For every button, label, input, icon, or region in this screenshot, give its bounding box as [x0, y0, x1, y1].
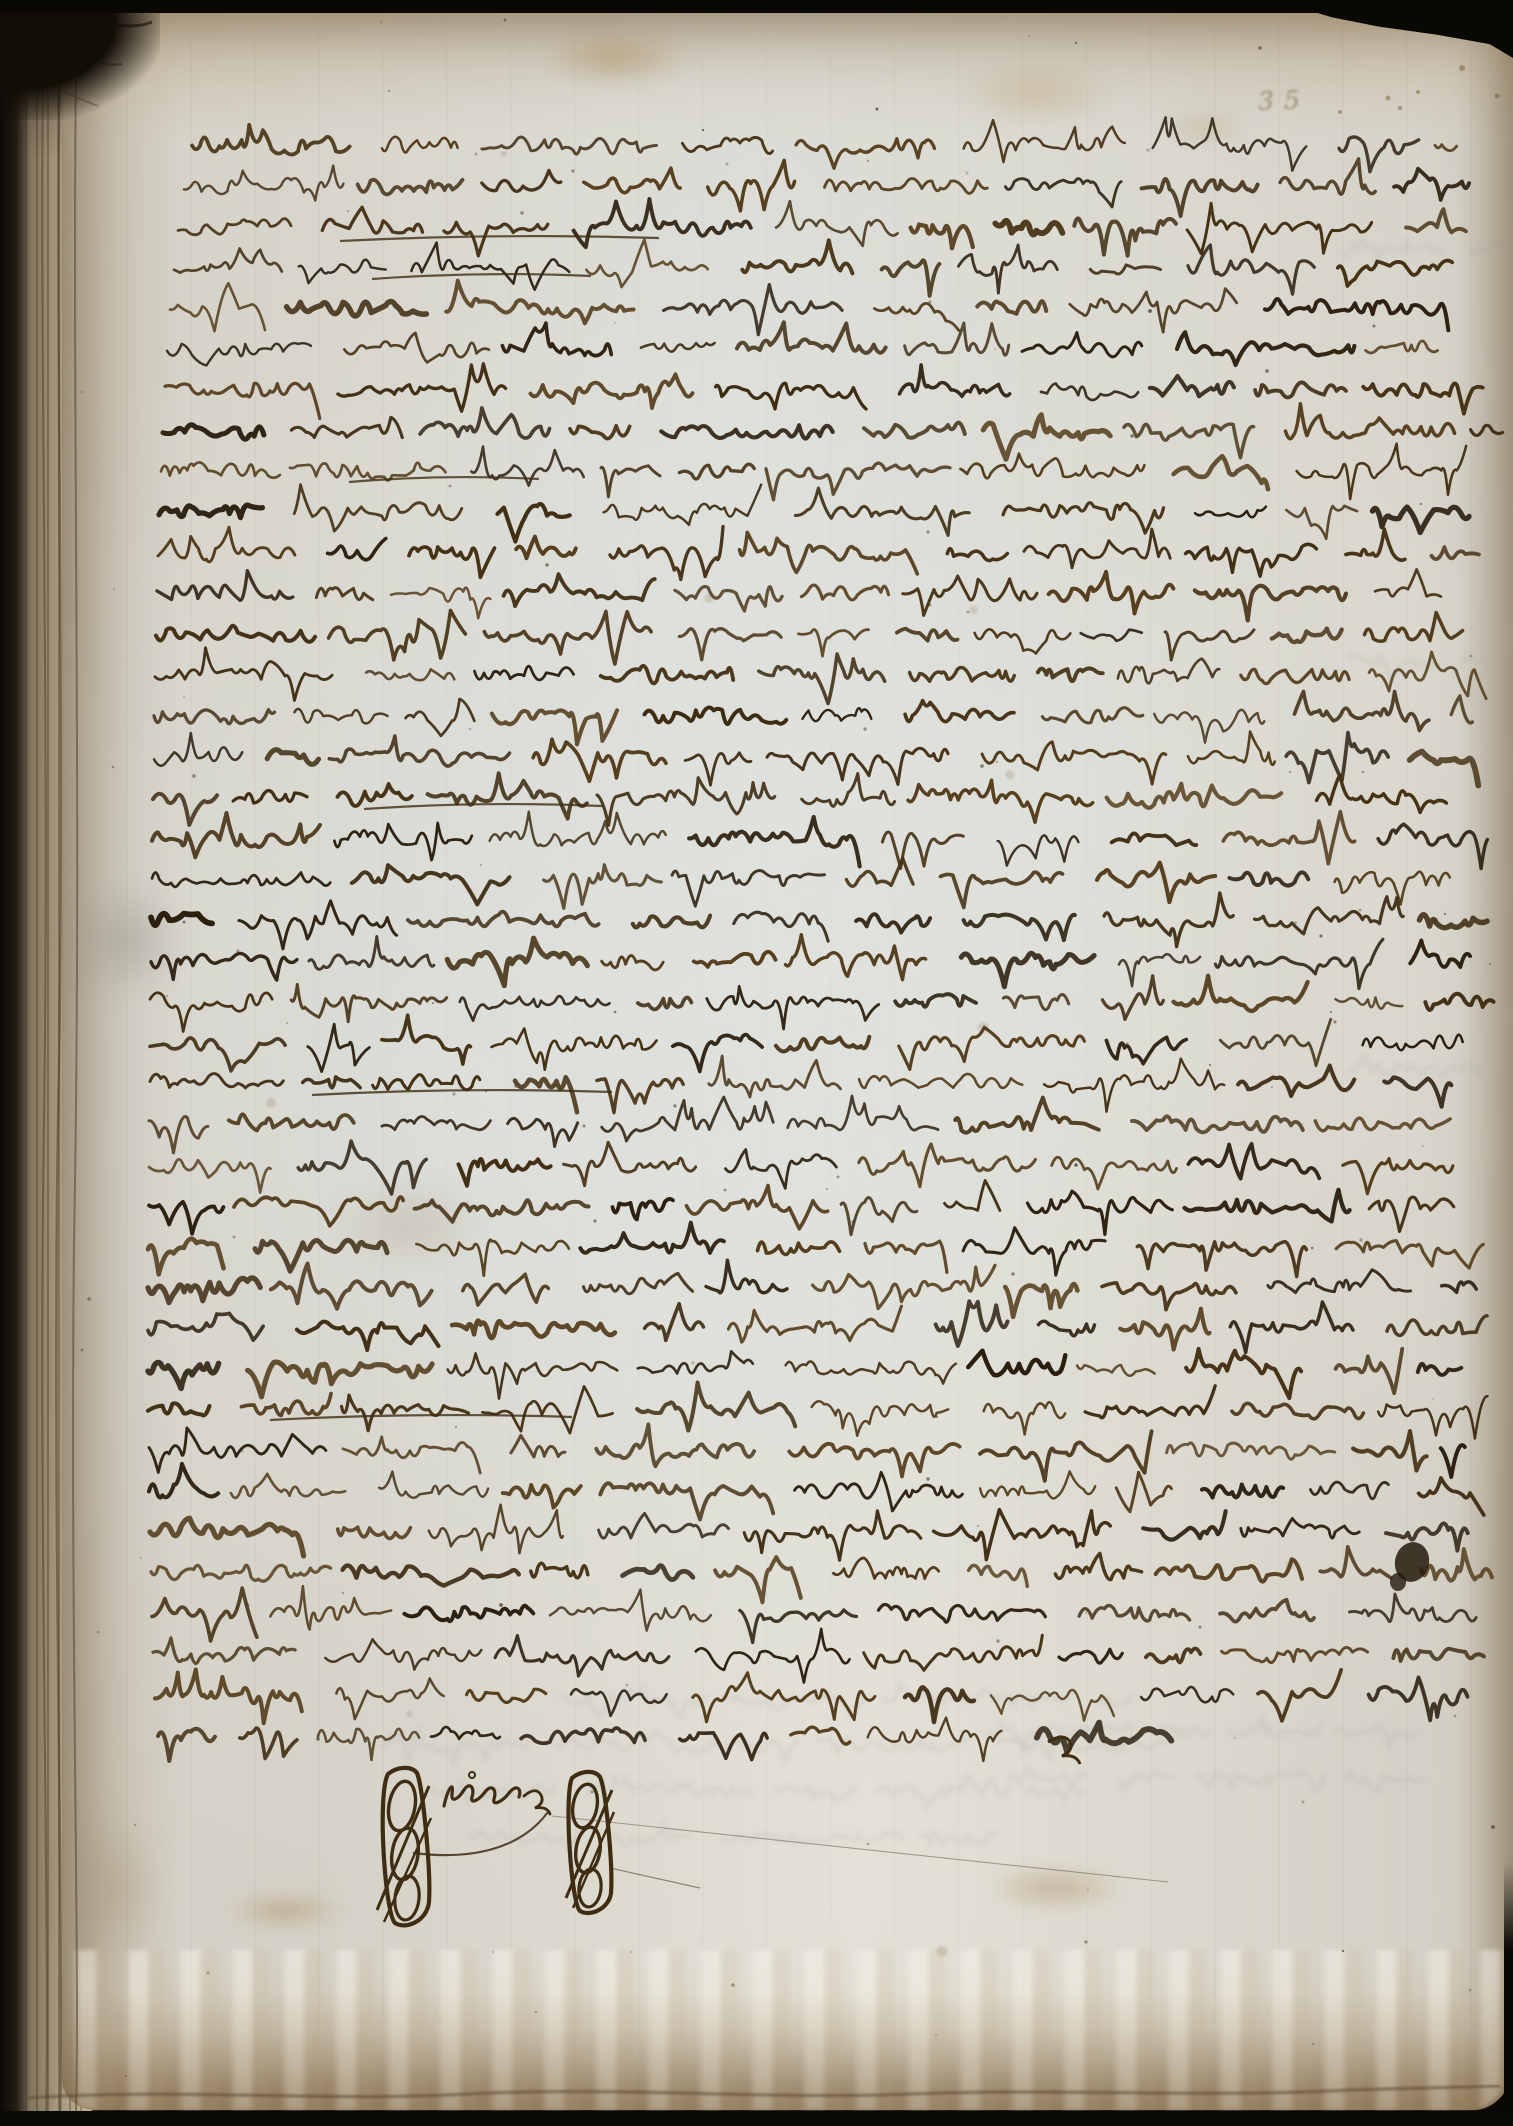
speckle: [1444, 913, 1446, 915]
manuscript-line: [163, 404, 1503, 459]
manuscript-line: [153, 1629, 1484, 1683]
speckle: [1489, 963, 1491, 965]
speckle: [1359, 1238, 1362, 1241]
ink-showthrough: [878, 1776, 1009, 1808]
speckle: [455, 1426, 457, 1428]
speckle: [935, 2034, 937, 2036]
ink-showthrough: [922, 1832, 997, 1843]
speckle: [1234, 1737, 1236, 1739]
speckle: [977, 1525, 979, 1527]
manuscript-line: [161, 444, 1466, 500]
speckle: [1302, 1801, 1305, 1804]
speckle: [965, 171, 968, 174]
manuscript-line: [159, 485, 1469, 542]
manuscript-line: [148, 1223, 1483, 1277]
ink-showthrough: [1119, 1772, 1173, 1788]
ink-showthrough: [776, 1787, 856, 1801]
foxing-spot: [501, 151, 507, 157]
manuscript-line: [151, 935, 1470, 989]
speckle: [342, 1592, 345, 1595]
binding-corner-shadow: [0, 0, 160, 120]
speckle: [1148, 309, 1152, 313]
speckle: [673, 1104, 676, 1107]
speckle: [626, 1684, 629, 1687]
speckle: [1362, 771, 1365, 774]
manuscript-line: [148, 1349, 1461, 1399]
speckle: [192, 774, 196, 778]
manuscript-line: [149, 1181, 1454, 1235]
speckle: [452, 1092, 455, 1095]
speckle: [1342, 1950, 1344, 1952]
speckle: [112, 766, 115, 769]
speckle: [1333, 1020, 1336, 1023]
handwriting-layer: [0, 0, 1513, 2126]
speckle: [97, 1631, 100, 1634]
foxing-spot: [937, 1946, 948, 1957]
foxing-spot: [406, 1711, 412, 1717]
manuscript-line: [165, 364, 1483, 419]
speckle: [432, 1002, 434, 1004]
manuscript-line: [152, 812, 1487, 869]
speckle: [113, 588, 115, 590]
speckle: [702, 129, 704, 131]
manuscript-line: [155, 648, 1486, 704]
speckle: [867, 1843, 869, 1845]
ink-showthrough: [1334, 1726, 1415, 1745]
manuscript-line: [150, 1015, 1463, 1071]
speckle: [1457, 1465, 1459, 1467]
speckle: [1146, 148, 1150, 152]
speckle: [449, 485, 452, 488]
manuscript-line: [148, 1260, 1476, 1317]
speckle: [826, 1188, 828, 1190]
speckle: [571, 169, 574, 172]
manuscript-line: [149, 1141, 1453, 1194]
speckle: [1373, 325, 1376, 328]
speckle: [1491, 1825, 1495, 1829]
ink-showthrough: [1350, 1055, 1481, 1077]
manuscript-line: [152, 858, 1450, 908]
manuscript-line: [149, 1096, 1450, 1153]
manuscript-line: [157, 569, 1441, 620]
speckle: [926, 1477, 930, 1481]
speckle: [1074, 1163, 1078, 1167]
speckle: [994, 348, 996, 350]
speckle: [876, 108, 879, 111]
speckle: [1469, 1989, 1472, 1992]
speckle: [504, 19, 507, 22]
manuscript-line: [154, 732, 1478, 786]
ink-showthrough: [1462, 656, 1491, 664]
manuscript-line: [150, 976, 1494, 1032]
speckle: [499, 1603, 503, 1607]
speckle: [520, 211, 523, 214]
speckle: [1454, 1715, 1457, 1718]
ink-showthrough: [1470, 244, 1503, 254]
speckle: [1075, 42, 1077, 44]
folio-number: 35: [1258, 81, 1429, 116]
speckle: [691, 1361, 695, 1365]
manuscript-line: [150, 1505, 1468, 1561]
speckle: [724, 1189, 727, 1192]
ink-showthrough: [1197, 1771, 1326, 1791]
ink-showthrough: [1346, 1773, 1421, 1791]
manuscript-line: [158, 527, 1479, 580]
speckle: [535, 2011, 537, 2013]
speckle: [1130, 434, 1133, 437]
speckle: [1470, 655, 1473, 658]
manuscript-line: [153, 773, 1446, 825]
speckle: [996, 1639, 999, 1642]
manuscript-line: [156, 610, 1463, 664]
speckle: [1330, 1011, 1332, 1013]
speckle: [614, 322, 616, 324]
speckle: [347, 210, 349, 212]
ink-showthrough: [1010, 1767, 1084, 1782]
speckle: [630, 1951, 632, 1953]
ink-showthrough: [1029, 1786, 1084, 1800]
speckle: [1028, 35, 1030, 37]
manuscript-line: [192, 117, 1457, 171]
speckle: [125, 2075, 127, 2077]
speckle: [134, 1824, 136, 1826]
speckle: [1085, 1612, 1087, 1614]
ink-showthrough: [560, 1687, 705, 1719]
speckle: [87, 1297, 91, 1301]
manuscript-line: [184, 159, 1469, 216]
manuscript-line: [174, 240, 1452, 296]
ink-showthrough: [1340, 238, 1441, 259]
speckle: [1432, 1398, 1434, 1400]
foxing-spot: [266, 1098, 276, 1108]
manuscript-line: [155, 1670, 1468, 1724]
manuscript-line: [151, 893, 1487, 949]
foxing-spot: [1006, 771, 1015, 780]
speckle: [1359, 909, 1362, 912]
gutter-crease-lines: [42, 0, 77, 2126]
speckle: [388, 90, 390, 92]
speckle: [1289, 771, 1291, 773]
speckle: [583, 1125, 586, 1128]
speckle: [545, 563, 548, 566]
manuscript-line: [170, 281, 1448, 335]
speckle: [966, 610, 969, 613]
speckle: [867, 160, 869, 162]
photo-edge-bottom: [0, 2111, 1513, 2126]
manuscript-line: [154, 692, 1472, 745]
manuscript-line: [167, 322, 1438, 365]
speckle: [1087, 1889, 1089, 1891]
speckle: [183, 921, 186, 924]
speckle: [1319, 934, 1322, 937]
speckle: [380, 21, 383, 24]
speckle: [469, 728, 472, 731]
ink-showthrough: [1228, 1716, 1322, 1737]
speckle: [1271, 1086, 1273, 1088]
paper-edge-line: [28, 2086, 1500, 2098]
speckle: [475, 153, 478, 156]
ink-showthrough: [589, 1775, 753, 1796]
notary-rubric-left: [377, 1768, 431, 1925]
photo-edge-right: [1504, 1862, 1513, 2112]
speckle: [837, 1176, 840, 1179]
speckle: [1420, 503, 1422, 505]
manuscript-line: [152, 1586, 1476, 1642]
manuscript-line: [149, 1464, 1484, 1520]
speckle: [1312, 2043, 1315, 2046]
speckle: [593, 1219, 596, 1222]
speckle: [81, 391, 83, 393]
speckle: [480, 864, 482, 866]
speckle: [286, 1022, 288, 1024]
speckle: [233, 1236, 236, 1239]
speckle: [1209, 1064, 1211, 1066]
speckle: [1084, 1940, 1087, 1943]
speckle: [980, 764, 984, 768]
speckle: [183, 696, 185, 698]
speckle: [1265, 369, 1269, 373]
manuscript-line: [178, 199, 1466, 256]
speckle: [926, 530, 929, 533]
speckle: [207, 1972, 210, 1975]
speckle: [492, 1951, 494, 1953]
manuscript-line: [151, 1547, 1492, 1602]
speckle: [731, 1983, 735, 1987]
speckle: [996, 761, 998, 763]
ink-blot: [1390, 1538, 1433, 1591]
speckle: [1011, 1272, 1015, 1276]
ink-showthrough: [610, 1826, 690, 1846]
speckle: [1311, 1247, 1314, 1250]
foxing-spot: [970, 606, 978, 614]
manuscript-line: [148, 1301, 1487, 1352]
speckle: [863, 727, 866, 730]
speckle: [614, 1011, 617, 1014]
speckle: [1199, 1626, 1202, 1629]
manuscript-line: [149, 1424, 1465, 1480]
speckle: [1422, 1145, 1424, 1147]
speckle: [166, 995, 168, 997]
speckle: [726, 163, 729, 166]
speckle: [591, 1791, 594, 1794]
manuscript-photo: 35: [0, 0, 1513, 2126]
speckle: [81, 1349, 84, 1352]
speckle: [140, 1557, 142, 1559]
manuscript-line: [150, 1056, 1451, 1113]
speckle: [1258, 46, 1262, 50]
